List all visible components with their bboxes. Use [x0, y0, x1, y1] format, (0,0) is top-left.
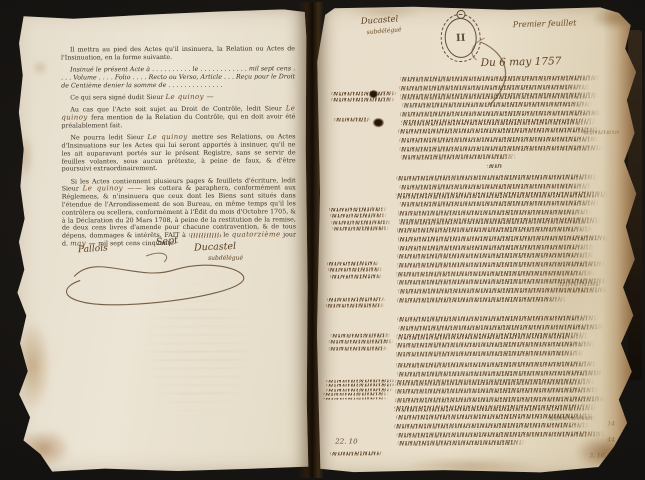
manuscript-line: [397, 315, 599, 322]
printed-paragraph: Ne pourra ledit Sieur Le quinoy mettre s…: [61, 133, 295, 173]
manuscript-line: [402, 119, 597, 126]
printed-text: Insinué le présent Acte à . . . . . . . …: [61, 65, 295, 89]
marginal-note: [334, 117, 372, 124]
marginal-note: [581, 130, 621, 137]
manuscript-line: [397, 253, 595, 260]
archival-scan: Il mettra au pied des Actes qu'il insinu…: [0, 0, 645, 480]
manuscript-line: [399, 218, 601, 225]
manuscript-line: [396, 174, 597, 181]
printed-text: fera mention de la Relation du Contrôle,…: [61, 113, 295, 129]
manuscript-line: [332, 227, 389, 231]
manuscript-line: [399, 84, 590, 91]
marginal-note: [328, 91, 394, 104]
manuscript-line: [326, 379, 396, 382]
marginal-note: [545, 416, 597, 423]
manuscript-line: [327, 297, 386, 301]
manuscript-line: [332, 91, 398, 95]
printed-paragraph: Si les Actes contiennent plusieurs pages…: [62, 177, 296, 248]
manuscript-line: [398, 235, 610, 242]
paper-stain: [3, 420, 83, 476]
manuscript-line: [396, 361, 597, 368]
bleed-through-text: [140, 276, 253, 429]
figure-annotation: 3. 16. 2: [589, 452, 612, 459]
manuscript-line: [395, 422, 590, 429]
handwritten-insert: Le quinoy: [147, 133, 191, 141]
manuscript-line: [400, 93, 598, 100]
manuscript-line: [395, 387, 598, 394]
figure-annotation: 22. 10: [335, 438, 357, 446]
manuscript-line: [401, 154, 517, 160]
handwritten-insert: quatorzième: [232, 231, 281, 239]
manuscript-line: [396, 192, 607, 199]
manuscript-line: [399, 136, 599, 143]
manuscript-line: [397, 370, 603, 377]
marginal-note: [326, 261, 384, 281]
manuscript-line: [398, 244, 594, 251]
manuscript-line: [488, 164, 503, 168]
manuscript-line: [328, 268, 384, 272]
manuscript-line: [399, 145, 602, 152]
manuscript-line: [331, 333, 391, 337]
ink-blot: [372, 118, 384, 128]
marginal-note: [328, 333, 394, 353]
manuscript-entry: [398, 75, 609, 163]
printed-text: Ce qui sera signé dudit Sieur: [70, 94, 165, 101]
marginal-note: [486, 164, 502, 171]
manuscript-line: [397, 333, 589, 340]
manuscript-line: [396, 341, 594, 348]
manuscript-line: [396, 350, 585, 357]
printed-paragraph: Insinué le présent Acte à . . . . . . . …: [61, 65, 295, 90]
marginal-note: [558, 282, 604, 289]
manuscript-line: [400, 110, 601, 117]
manuscript-line: [399, 128, 602, 135]
manuscript-line: [330, 274, 383, 278]
manuscript-line: [400, 75, 599, 82]
manuscript-line: [397, 296, 567, 302]
manuscript-line: [397, 431, 606, 438]
manuscript-line: [395, 379, 595, 386]
manuscript-line: [327, 261, 379, 265]
manuscript-line: [398, 324, 603, 331]
manuscript-line: [329, 207, 387, 211]
marginal-note: [327, 451, 382, 458]
printed-text: Il mettra au pied des Actes qu'il insinu…: [61, 45, 295, 61]
manuscript-line: [395, 396, 606, 403]
handwritten-scrawl: [189, 233, 221, 238]
manuscript-line: [398, 440, 526, 446]
manuscript-line: [329, 340, 394, 344]
manuscript-line: [328, 346, 388, 350]
manuscript-line: [402, 102, 593, 109]
manuscript-line: [394, 405, 596, 412]
manuscript-line: [397, 227, 594, 234]
paper-stain: [11, 121, 37, 191]
printed-paragraph: Au cas que l'Acte soit sujet au Droit de…: [61, 106, 295, 131]
paper-stain: [29, 57, 51, 79]
manuscript-line: [558, 282, 602, 286]
manuscript-line: [324, 393, 390, 396]
printed-text: le: [221, 232, 232, 239]
manuscript-entry: [393, 361, 608, 449]
printed-paragraph: Ce qui sera signé dudit Sieur Le quinoy …: [61, 93, 295, 102]
marginal-note: [324, 297, 386, 310]
manuscript-line: [400, 200, 600, 207]
manuscript-line: [334, 117, 370, 121]
manuscript-line: [324, 397, 389, 400]
manuscript-line: [398, 261, 605, 268]
left-page: Il mettra au pied des Actes qu'il insinu…: [15, 9, 309, 473]
manuscript-line: [331, 220, 391, 224]
manuscript-line: [326, 304, 385, 308]
manuscript-line: [397, 209, 592, 216]
left-page-text: Il mettra au pied des Actes qu'il insinu…: [61, 45, 296, 253]
figure-annotation: 44: [607, 436, 615, 443]
manuscript-line: [547, 416, 595, 420]
figure-annotation: 14: [607, 420, 615, 427]
handwritten-insert: Le quinoy —: [165, 93, 214, 101]
manuscript-entry: [396, 315, 606, 360]
manuscript-line: [331, 98, 395, 102]
marginal-note: [328, 207, 390, 233]
printed-text: Ne pourra ledit Sieur: [70, 134, 147, 141]
marginal-note: [323, 379, 395, 401]
manuscript-line: [330, 214, 387, 218]
printed-paragraph: Il mettra au pied des Actes qu'il insinu…: [61, 45, 295, 62]
paper-stain: [6, 301, 59, 431]
manuscript-line: [327, 388, 393, 391]
right-page-entries: 22. 1014443. 16. 2: [315, 5, 639, 474]
handwritten-insert: Le quinoy ——: [83, 185, 143, 193]
manuscript-line: [327, 384, 397, 387]
manuscript-line: [582, 130, 621, 134]
manuscript-line: [331, 451, 383, 455]
right-page: Ducastel subdélégué II Premier feuillet …: [315, 5, 639, 474]
manuscript-line: [397, 270, 595, 277]
manuscript-line: [399, 183, 591, 190]
